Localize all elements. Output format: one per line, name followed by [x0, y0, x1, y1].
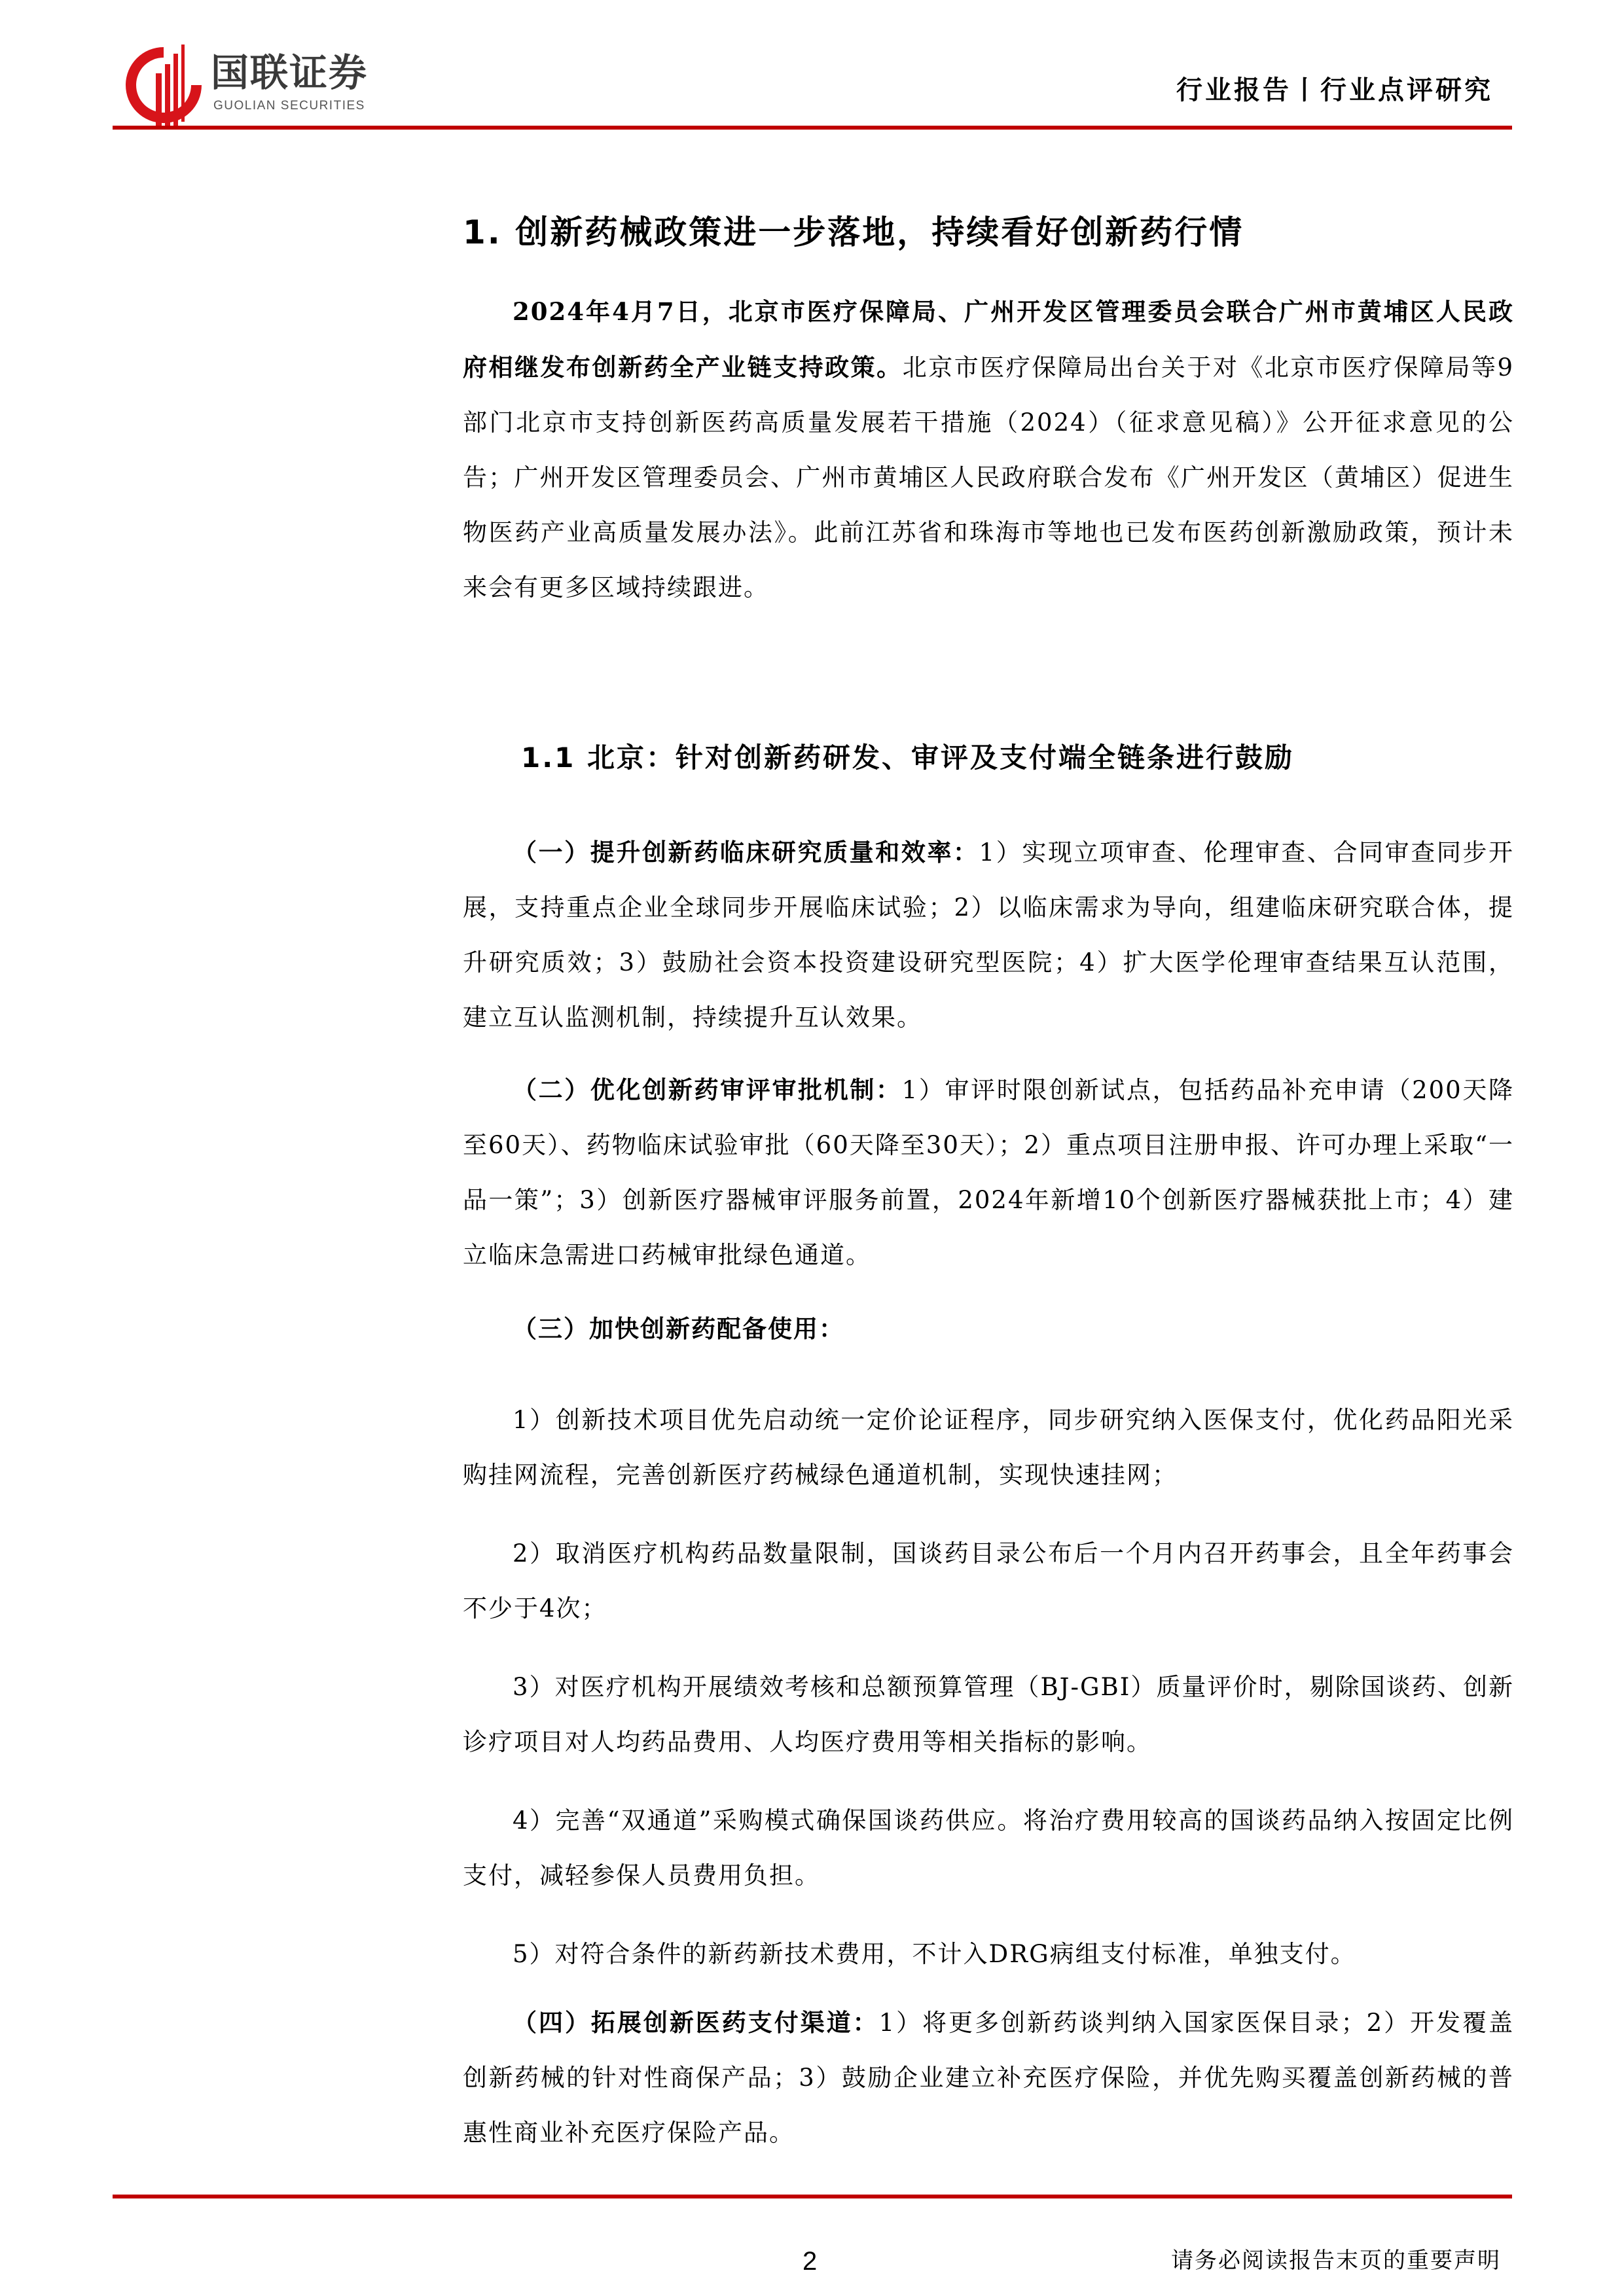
policy-subitem-body: 5）对符合条件的新药新技术费用，不计入DRG病组支付标准，单独支付。 — [513, 1940, 1356, 1968]
policy-item-body: 1）审评时限创新试点，包括药品补充申请（200天降至60天）、药物临床试验审批（… — [463, 1076, 1514, 1269]
policy-subitem-3-5: 5）对符合条件的新药新技术费用，不计入DRG病组支付标准，单独支付。 — [463, 1927, 1514, 1982]
policy-subitem-3-3: 3）对医疗机构开展绩效考核和总额预算管理（BJ-GBI）质量评价时，剔除国谈药、… — [463, 1660, 1514, 1770]
policy-item-title: （一）提升创新药临床研究质量和效率： — [513, 838, 979, 867]
report-category: 行业报告丨行业点评研究 — [1176, 77, 1493, 103]
footer-disclaimer: 请务必阅读报告末页的重要声明 — [1171, 2250, 1501, 2272]
section-heading-1: 1. 创新药械政策进一步落地，持续看好创新药行情 — [463, 216, 1244, 249]
policy-subitem-3-1: 1）创新技术项目优先启动统一定价论证程序，同步研究纳入医保支付，优化药品阳光采购… — [463, 1393, 1514, 1503]
policy-item-4: （四）拓展创新医药支付渠道：1）将更多创新药谈判纳入国家医保目录；2）开发覆盖创… — [463, 1995, 1514, 2161]
policy-subitem-body: 1）创新技术项目优先启动统一定价论证程序，同步研究纳入医保支付，优化药品阳光采购… — [463, 1406, 1514, 1489]
footer-divider — [113, 2195, 1512, 2198]
policy-subitem-body: 3）对医疗机构开展绩效考核和总额预算管理（BJ-GBI）质量评价时，剔除国谈药、… — [463, 1673, 1514, 1756]
company-logo: 国联证券 GUOLIAN SECURITIES — [118, 39, 419, 124]
logo-english-name: GUOLIAN SECURITIES — [213, 99, 365, 112]
policy-item-title: （三）加快创新药配备使用： — [513, 1314, 844, 1343]
policy-item-title: （二）优化创新药审评审批机制： — [513, 1075, 902, 1104]
logo-chinese-name: 国联证券 — [211, 54, 368, 92]
policy-subitem-body: 2）取消医疗机构药品数量限制，国谈药目录公布后一个月内召开药事会，且全年药事会不… — [463, 1539, 1514, 1623]
policy-item-title: （四）拓展创新医药支付渠道： — [513, 2008, 879, 2037]
section-heading-1-1: 1.1 北京：针对创新药研发、审评及支付端全链条进行鼓励 — [521, 744, 1294, 772]
intro-paragraph: 2024年4月7日，北京市医疗保障局、广州开发区管理委员会联合广州市黄埔区人民政… — [463, 284, 1514, 615]
policy-subitem-body: 4）完善“双通道”采购模式确保国谈药供应。将治疗费用较高的国谈药品纳入按固定比例… — [463, 1806, 1514, 1890]
policy-subitem-3-2: 2）取消医疗机构药品数量限制，国谈药目录公布后一个月内召开药事会，且全年药事会不… — [463, 1526, 1514, 1636]
policy-item-2: （二）优化创新药审评审批机制：1）审评时限创新试点，包括药品补充申请（200天降… — [463, 1062, 1514, 1283]
page-number: 2 — [803, 2248, 817, 2274]
header-divider — [113, 126, 1512, 130]
guolian-logo-icon — [118, 39, 209, 131]
policy-item-body: 1）实现立项审查、伦理审查、合同审查同步开展，支持重点企业全球同步开展临床试验；… — [463, 838, 1514, 1031]
intro-body: 北京市医疗保障局出台关于对《北京市医疗保障局等9部门北京市支持创新医药高质量发展… — [463, 353, 1514, 601]
policy-item-3: （三）加快创新药配备使用： — [463, 1301, 1514, 1357]
policy-subitem-3-4: 4）完善“双通道”采购模式确保国谈药供应。将治疗费用较高的国谈药品纳入按固定比例… — [463, 1793, 1514, 1903]
policy-item-1: （一）提升创新药临床研究质量和效率：1）实现立项审查、伦理审查、合同审查同步开展… — [463, 825, 1514, 1045]
